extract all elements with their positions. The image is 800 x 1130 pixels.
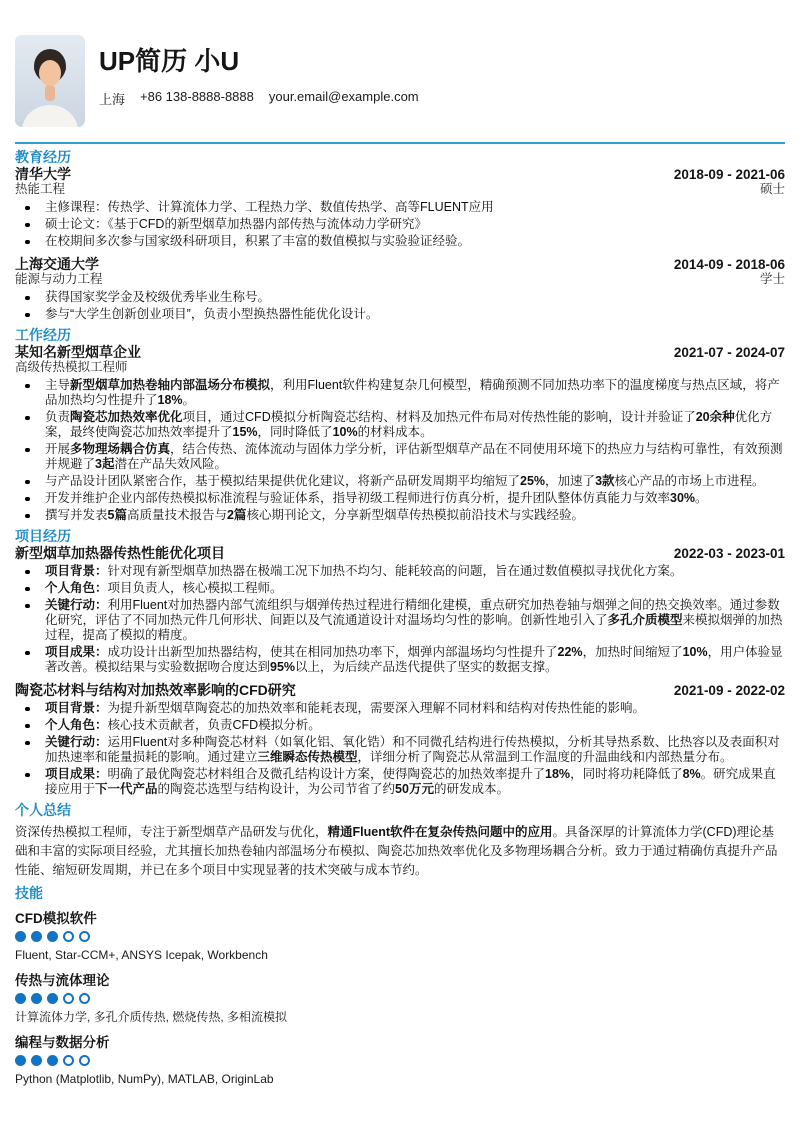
section-work: 工作经历 某知名新型烟草企业高级传热模拟工程师2021-07 - 2024-07… [15, 328, 785, 523]
work-header-right: 2021-07 - 2024-07 [662, 345, 785, 360]
bullet-item: 开展多物理场耦合仿真，结合传热、流体流动与固体力学分析，评估新型烟草产品在不同使… [15, 442, 785, 472]
text-segment: 负责 [45, 410, 70, 424]
education-header-row: 上海交通大学能源与动力工程2014-09 - 2018-06学士 [15, 257, 785, 287]
bold-text-segment: 精通Fluent软件在复杂传热问题中的应用 [328, 825, 553, 839]
education-entry: 清华大学热能工程2018-09 - 2021-06硕士主修课程：传热学、计算流体… [15, 167, 785, 249]
project-header-left: 新型烟草加热器传热性能优化项目 [15, 546, 225, 561]
level-dot-filled-icon [47, 931, 58, 942]
text-segment: 明确了最优陶瓷芯材料组合及微孔结构设计方案，使得陶瓷芯的加热效率提升了 [108, 767, 546, 781]
skill-detail: 计算流体力学, 多孔介质传热, 燃烧传热, 多相流模拟 [15, 1010, 785, 1025]
bullet-item: 项目背景：为提升新型烟草陶瓷芯的加热效率和能耗表现，需要深入理解不同材料和结构对… [15, 701, 785, 716]
portrait-placeholder-image [15, 35, 85, 127]
text-segment: 为提升新型烟草陶瓷芯的加热效率和能耗表现，需要深入理解不同材料和结构对传热性能的… [108, 701, 646, 715]
bold-text-segment: 个人角色： [45, 718, 108, 732]
text-segment: 核心产品的市场上市进程。 [615, 474, 765, 488]
project-date-range: 2022-03 - 2023-01 [674, 546, 785, 561]
text-segment: 。 [183, 393, 196, 407]
text-segment: 项目，通过CFD模拟分析陶瓷芯结构、材料及加热元件布局对传热性能的影响，设计并验… [183, 410, 696, 424]
skill-level-dots [15, 1055, 785, 1066]
education-subtitle: 能源与动力工程 [15, 272, 103, 287]
text-segment: 的陶瓷芯选型与结构设计，为公司节省了约 [158, 782, 396, 796]
contact-email: your.email@example.com [269, 89, 419, 108]
education-date-range: 2014-09 - 2018-06 [674, 257, 785, 272]
text-segment: 开展 [45, 442, 70, 456]
project-header-left: 陶瓷芯材料与结构对加热效率影响的CFD研究 [15, 683, 296, 698]
profile-photo [15, 35, 85, 127]
level-dot-filled-icon [31, 993, 42, 1004]
skill-detail: Python (Matplotlib, NumPy), MATLAB, Orig… [15, 1072, 785, 1087]
text-segment: 资深传热模拟工程师，专注于新型烟草产品研发与优化， [15, 825, 328, 839]
text-segment: ，同时将功耗降低了 [570, 767, 683, 781]
education-date-range: 2018-09 - 2021-06 [674, 167, 785, 182]
summary-paragraph: 资深传热模拟工程师，专注于新型烟草产品研发与优化，精通Fluent软件在复杂传热… [15, 823, 785, 880]
work-subtitle: 高级传热模拟工程师 [15, 360, 141, 375]
bold-text-segment: 项目成果： [45, 645, 108, 659]
section-title-education: 教育经历 [15, 150, 785, 165]
work-entries: 某知名新型烟草企业高级传热模拟工程师2021-07 - 2024-07主导新型烟… [15, 345, 785, 523]
level-dot-empty-icon [79, 1055, 90, 1066]
level-dot-empty-icon [63, 993, 74, 1004]
education-title: 清华大学 [15, 167, 71, 182]
text-segment: 针对现有新型烟草加热器在极端工况下加热不均匀、能耗较高的问题，旨在通过数值模拟寻… [108, 564, 683, 578]
level-dot-empty-icon [63, 931, 74, 942]
skills-list: CFD模拟软件Fluent, Star-CCM+, ANSYS Icepak, … [15, 911, 785, 1087]
bold-text-segment: 5篇 [108, 508, 127, 522]
project-header-row: 新型烟草加热器传热性能优化项目2022-03 - 2023-01 [15, 546, 785, 561]
bullet-item: 关键行动：运用Fluent对多种陶瓷芯材料（如氧化铝、氧化锆）和不同微孔结构进行… [15, 735, 785, 765]
level-dot-filled-icon [15, 1055, 26, 1066]
bold-text-segment: 2篇 [227, 508, 246, 522]
project-bullet-list: 项目背景：针对现有新型烟草加热器在极端工况下加热不均匀、能耗较高的问题，旨在通过… [15, 564, 785, 675]
bullet-item: 撰写并发表5篇高质量技术报告与2篇核心期刊论文，分享新型烟草传热模拟前沿技术与实… [15, 508, 785, 523]
education-entries: 清华大学热能工程2018-09 - 2021-06硕士主修课程：传热学、计算流体… [15, 167, 785, 322]
level-dot-empty-icon [63, 1055, 74, 1066]
section-title-projects: 项目经历 [15, 529, 785, 544]
bullet-item: 主导新型烟草加热卷轴内部温场分布模拟，利用Fluent软件构建复杂几何模型，精确… [15, 378, 785, 408]
skill-detail: Fluent, Star-CCM+, ANSYS Icepak, Workben… [15, 948, 785, 963]
project-header-row: 陶瓷芯材料与结构对加热效率影响的CFD研究2021-09 - 2022-02 [15, 683, 785, 698]
level-dot-filled-icon [15, 993, 26, 1004]
skill-item: 编程与数据分析Python (Matplotlib, NumPy), MATLA… [15, 1035, 785, 1087]
bold-text-segment: 8% [683, 767, 701, 781]
bullet-item: 开发并维护企业内部传热模拟标准流程与验证体系，指导初级工程师进行仿真分析，提升团… [15, 491, 785, 506]
bold-text-segment: 22% [558, 645, 583, 659]
text-segment: ，同时降低了 [258, 425, 333, 439]
text-segment: ，加速了 [545, 474, 595, 488]
project-date-range: 2021-09 - 2022-02 [674, 683, 785, 698]
bold-text-segment: 陶瓷芯加热效率优化 [70, 410, 183, 424]
bold-text-segment: 关键行动： [45, 735, 108, 749]
bullet-item: 参与“大学生创新创业项目”，负责小型换热器性能优化设计。 [15, 307, 785, 322]
text-segment: 参与“大学生创新创业项目”，负责小型换热器性能优化设计。 [45, 307, 378, 321]
section-title-summary: 个人总结 [15, 803, 785, 818]
work-date-range: 2021-07 - 2024-07 [674, 345, 785, 360]
education-degree: 硕士 [674, 182, 785, 197]
text-segment: 以上，为后续产品迭代提供了坚实的数据支撑。 [295, 660, 558, 674]
bullet-item: 负责陶瓷芯加热效率优化项目，通过CFD模拟分析陶瓷芯结构、材料及加热元件布局对传… [15, 410, 785, 440]
bold-text-segment: 3款 [595, 474, 614, 488]
bold-text-segment: 10% [333, 425, 358, 439]
project-bullet-list: 项目背景：为提升新型烟草陶瓷芯的加热效率和能耗表现，需要深入理解不同材料和结构对… [15, 701, 785, 797]
section-projects: 项目经历 新型烟草加热器传热性能优化项目2022-03 - 2023-01项目背… [15, 529, 785, 797]
bold-text-segment: 25% [520, 474, 545, 488]
bold-text-segment: 项目成果： [45, 767, 108, 781]
contact-location: 上海 [99, 89, 125, 108]
bullet-item: 硕士论文：《基于CFD的新型烟草加热器内部传热与流体动力学研究》 [15, 217, 785, 232]
text-segment: ，加热时间缩短了 [583, 645, 683, 659]
bold-text-segment: 10% [683, 645, 708, 659]
text-segment: 主修课程：传热学、计算流体力学、工程热力学、数值传热学、高等FLUENT应用 [45, 200, 494, 214]
bullet-item: 项目背景：针对现有新型烟草加热器在极端工况下加热不均匀、能耗较高的问题，旨在通过… [15, 564, 785, 579]
bullet-item: 项目成果：成功设计出新型加热器结构，使其在相同加热功率下，烟弹内部温场均匀性提升… [15, 645, 785, 675]
work-entry: 某知名新型烟草企业高级传热模拟工程师2021-07 - 2024-07主导新型烟… [15, 345, 785, 523]
text-segment: 硕士论文：《基于CFD的新型烟草加热器内部传热与流体动力学研究》 [45, 217, 427, 231]
header-text: UP简历 小U 上海 +86 138-8888-8888 your.email@… [99, 35, 419, 127]
level-dot-filled-icon [47, 1055, 58, 1066]
section-education: 教育经历 清华大学热能工程2018-09 - 2021-06硕士主修课程：传热学… [15, 150, 785, 322]
text-segment: 开发并维护企业内部传热模拟标准流程与验证体系，指导初级工程师进行仿真分析，提升团… [45, 491, 670, 505]
bullet-item: 个人角色：核心技术贡献者，负责CFD模拟分析。 [15, 718, 785, 733]
bold-text-segment: 个人角色： [45, 581, 108, 595]
candidate-name: UP简历 小U [99, 46, 419, 76]
project-title: 陶瓷芯材料与结构对加热效率影响的CFD研究 [15, 683, 296, 698]
text-segment: 潜在产品失效风险。 [114, 457, 227, 471]
text-segment: ，详细分析了陶瓷芯从常温到工作温度的升温曲线和内部热量分布。 [358, 750, 733, 764]
bold-text-segment: 新型烟草加热卷轴内部温场分布模拟 [70, 378, 270, 392]
bold-text-segment: 15% [233, 425, 258, 439]
bullet-item: 在校期间多次参与国家级科研项目，积累了丰富的数值模拟与实验验证经验。 [15, 234, 785, 249]
level-dot-filled-icon [31, 931, 42, 942]
education-degree: 学士 [674, 272, 785, 287]
bullet-item: 项目成果：明确了最优陶瓷芯材料组合及微孔结构设计方案，使得陶瓷芯的加热效率提升了… [15, 767, 785, 797]
resume-header: UP简历 小U 上海 +86 138-8888-8888 your.email@… [15, 0, 785, 127]
education-header-row: 清华大学热能工程2018-09 - 2021-06硕士 [15, 167, 785, 197]
education-header-right: 2018-09 - 2021-06硕士 [662, 167, 785, 197]
education-header-right: 2014-09 - 2018-06学士 [662, 257, 785, 287]
education-header-left: 清华大学热能工程 [15, 167, 71, 197]
work-header-row: 某知名新型烟草企业高级传热模拟工程师2021-07 - 2024-07 [15, 345, 785, 375]
text-segment: 与产品设计团队紧密合作，基于模拟结果提供优化建议，将新产品研发周期平均缩短了 [45, 474, 520, 488]
level-dot-empty-icon [79, 993, 90, 1004]
bold-text-segment: 20余种 [696, 410, 735, 424]
bold-text-segment: 30% [670, 491, 695, 505]
text-segment: 的研发成本。 [434, 782, 509, 796]
bold-text-segment: 18% [545, 767, 570, 781]
level-dot-filled-icon [15, 931, 26, 942]
text-segment: 在校期间多次参与国家级科研项目，积累了丰富的数值模拟与实验验证经验。 [45, 234, 470, 248]
education-bullet-list: 主修课程：传热学、计算流体力学、工程热力学、数值传热学、高等FLUENT应用硕士… [15, 200, 785, 249]
bullet-item: 关键行动：利用Fluent对加热器内部气流组织与烟弹传热过程进行精细化建模，重点… [15, 598, 785, 643]
bullet-item: 主修课程：传热学、计算流体力学、工程热力学、数值传热学、高等FLUENT应用 [15, 200, 785, 215]
work-header-left: 某知名新型烟草企业高级传热模拟工程师 [15, 345, 141, 375]
bold-text-segment: 50万元 [395, 782, 434, 796]
project-header-right: 2022-03 - 2023-01 [662, 546, 785, 561]
education-header-left: 上海交通大学能源与动力工程 [15, 257, 103, 287]
project-entry: 陶瓷芯材料与结构对加热效率影响的CFD研究2021-09 - 2022-02项目… [15, 683, 785, 797]
section-skills: 技能 CFD模拟软件Fluent, Star-CCM+, ANSYS Icepa… [15, 886, 785, 1087]
project-entries: 新型烟草加热器传热性能优化项目2022-03 - 2023-01项目背景：针对现… [15, 546, 785, 797]
bold-text-segment: 多物理场耦合仿真 [70, 442, 170, 456]
text-segment: 成功设计出新型加热器结构，使其在相同加热功率下，烟弹内部温场均匀性提升了 [108, 645, 558, 659]
text-segment: 项目负责人，核心模拟工程师。 [108, 581, 283, 595]
education-subtitle: 热能工程 [15, 182, 71, 197]
bold-text-segment: 多孔介质模型 [608, 613, 683, 627]
bold-text-segment: 关键行动： [45, 598, 108, 612]
section-summary: 个人总结 资深传热模拟工程师，专注于新型烟草产品研发与优化，精通Fluent软件… [15, 803, 785, 880]
bullet-item: 与产品设计团队紧密合作，基于模拟结果提供优化建议，将新产品研发周期平均缩短了25… [15, 474, 785, 489]
skill-item: 传热与流体理论计算流体力学, 多孔介质传热, 燃烧传热, 多相流模拟 [15, 973, 785, 1025]
skill-name: 编程与数据分析 [15, 1035, 785, 1050]
education-title: 上海交通大学 [15, 257, 103, 272]
bold-text-segment: 95% [270, 660, 295, 674]
work-bullet-list: 主导新型烟草加热卷轴内部温场分布模拟，利用Fluent软件构建复杂几何模型，精确… [15, 378, 785, 523]
text-segment: 主导 [45, 378, 70, 392]
section-title-work: 工作经历 [15, 328, 785, 343]
level-dot-filled-icon [31, 1055, 42, 1066]
bold-text-segment: 项目背景： [45, 564, 108, 578]
bullet-item: 获得国家奖学金及校级优秀毕业生称号。 [15, 290, 785, 305]
contact-line: 上海 +86 138-8888-8888 your.email@example.… [99, 89, 419, 108]
project-title: 新型烟草加热器传热性能优化项目 [15, 546, 225, 561]
bold-text-segment: 三维瞬态传热模型 [258, 750, 358, 764]
project-entry: 新型烟草加热器传热性能优化项目2022-03 - 2023-01项目背景：针对现… [15, 546, 785, 675]
level-dot-filled-icon [47, 993, 58, 1004]
text-segment: 。 [695, 491, 708, 505]
skill-item: CFD模拟软件Fluent, Star-CCM+, ANSYS Icepak, … [15, 911, 785, 963]
skill-name: 传热与流体理论 [15, 973, 785, 988]
project-header-right: 2021-09 - 2022-02 [662, 683, 785, 698]
bold-text-segment: 3起 [95, 457, 114, 471]
text-segment: 高质量技术报告与 [127, 508, 227, 522]
bold-text-segment: 18% [158, 393, 183, 407]
bold-text-segment: 下一代产品 [95, 782, 158, 796]
resume-page: UP简历 小U 上海 +86 138-8888-8888 your.email@… [0, 0, 800, 1087]
level-dot-empty-icon [79, 931, 90, 942]
education-entry: 上海交通大学能源与动力工程2014-09 - 2018-06学士获得国家奖学金及… [15, 257, 785, 322]
skill-level-dots [15, 931, 785, 942]
work-title: 某知名新型烟草企业 [15, 345, 141, 360]
education-bullet-list: 获得国家奖学金及校级优秀毕业生称号。参与“大学生创新创业项目”，负责小型换热器性… [15, 290, 785, 322]
contact-phone: +86 138-8888-8888 [140, 89, 254, 108]
text-segment: 获得国家奖学金及校级优秀毕业生称号。 [45, 290, 270, 304]
text-segment: 核心期刊论文，分享新型烟草传热模拟前沿技术与实践经验。 [246, 508, 584, 522]
skill-level-dots [15, 993, 785, 1004]
header-divider [15, 142, 785, 144]
bold-text-segment: 项目背景： [45, 701, 108, 715]
skill-name: CFD模拟软件 [15, 911, 785, 926]
text-segment: 的材料成本。 [358, 425, 433, 439]
section-title-skills: 技能 [15, 886, 785, 901]
text-segment: 撰写并发表 [45, 508, 108, 522]
text-segment: 核心技术贡献者，负责CFD模拟分析。 [108, 718, 321, 732]
bullet-item: 个人角色：项目负责人，核心模拟工程师。 [15, 581, 785, 596]
